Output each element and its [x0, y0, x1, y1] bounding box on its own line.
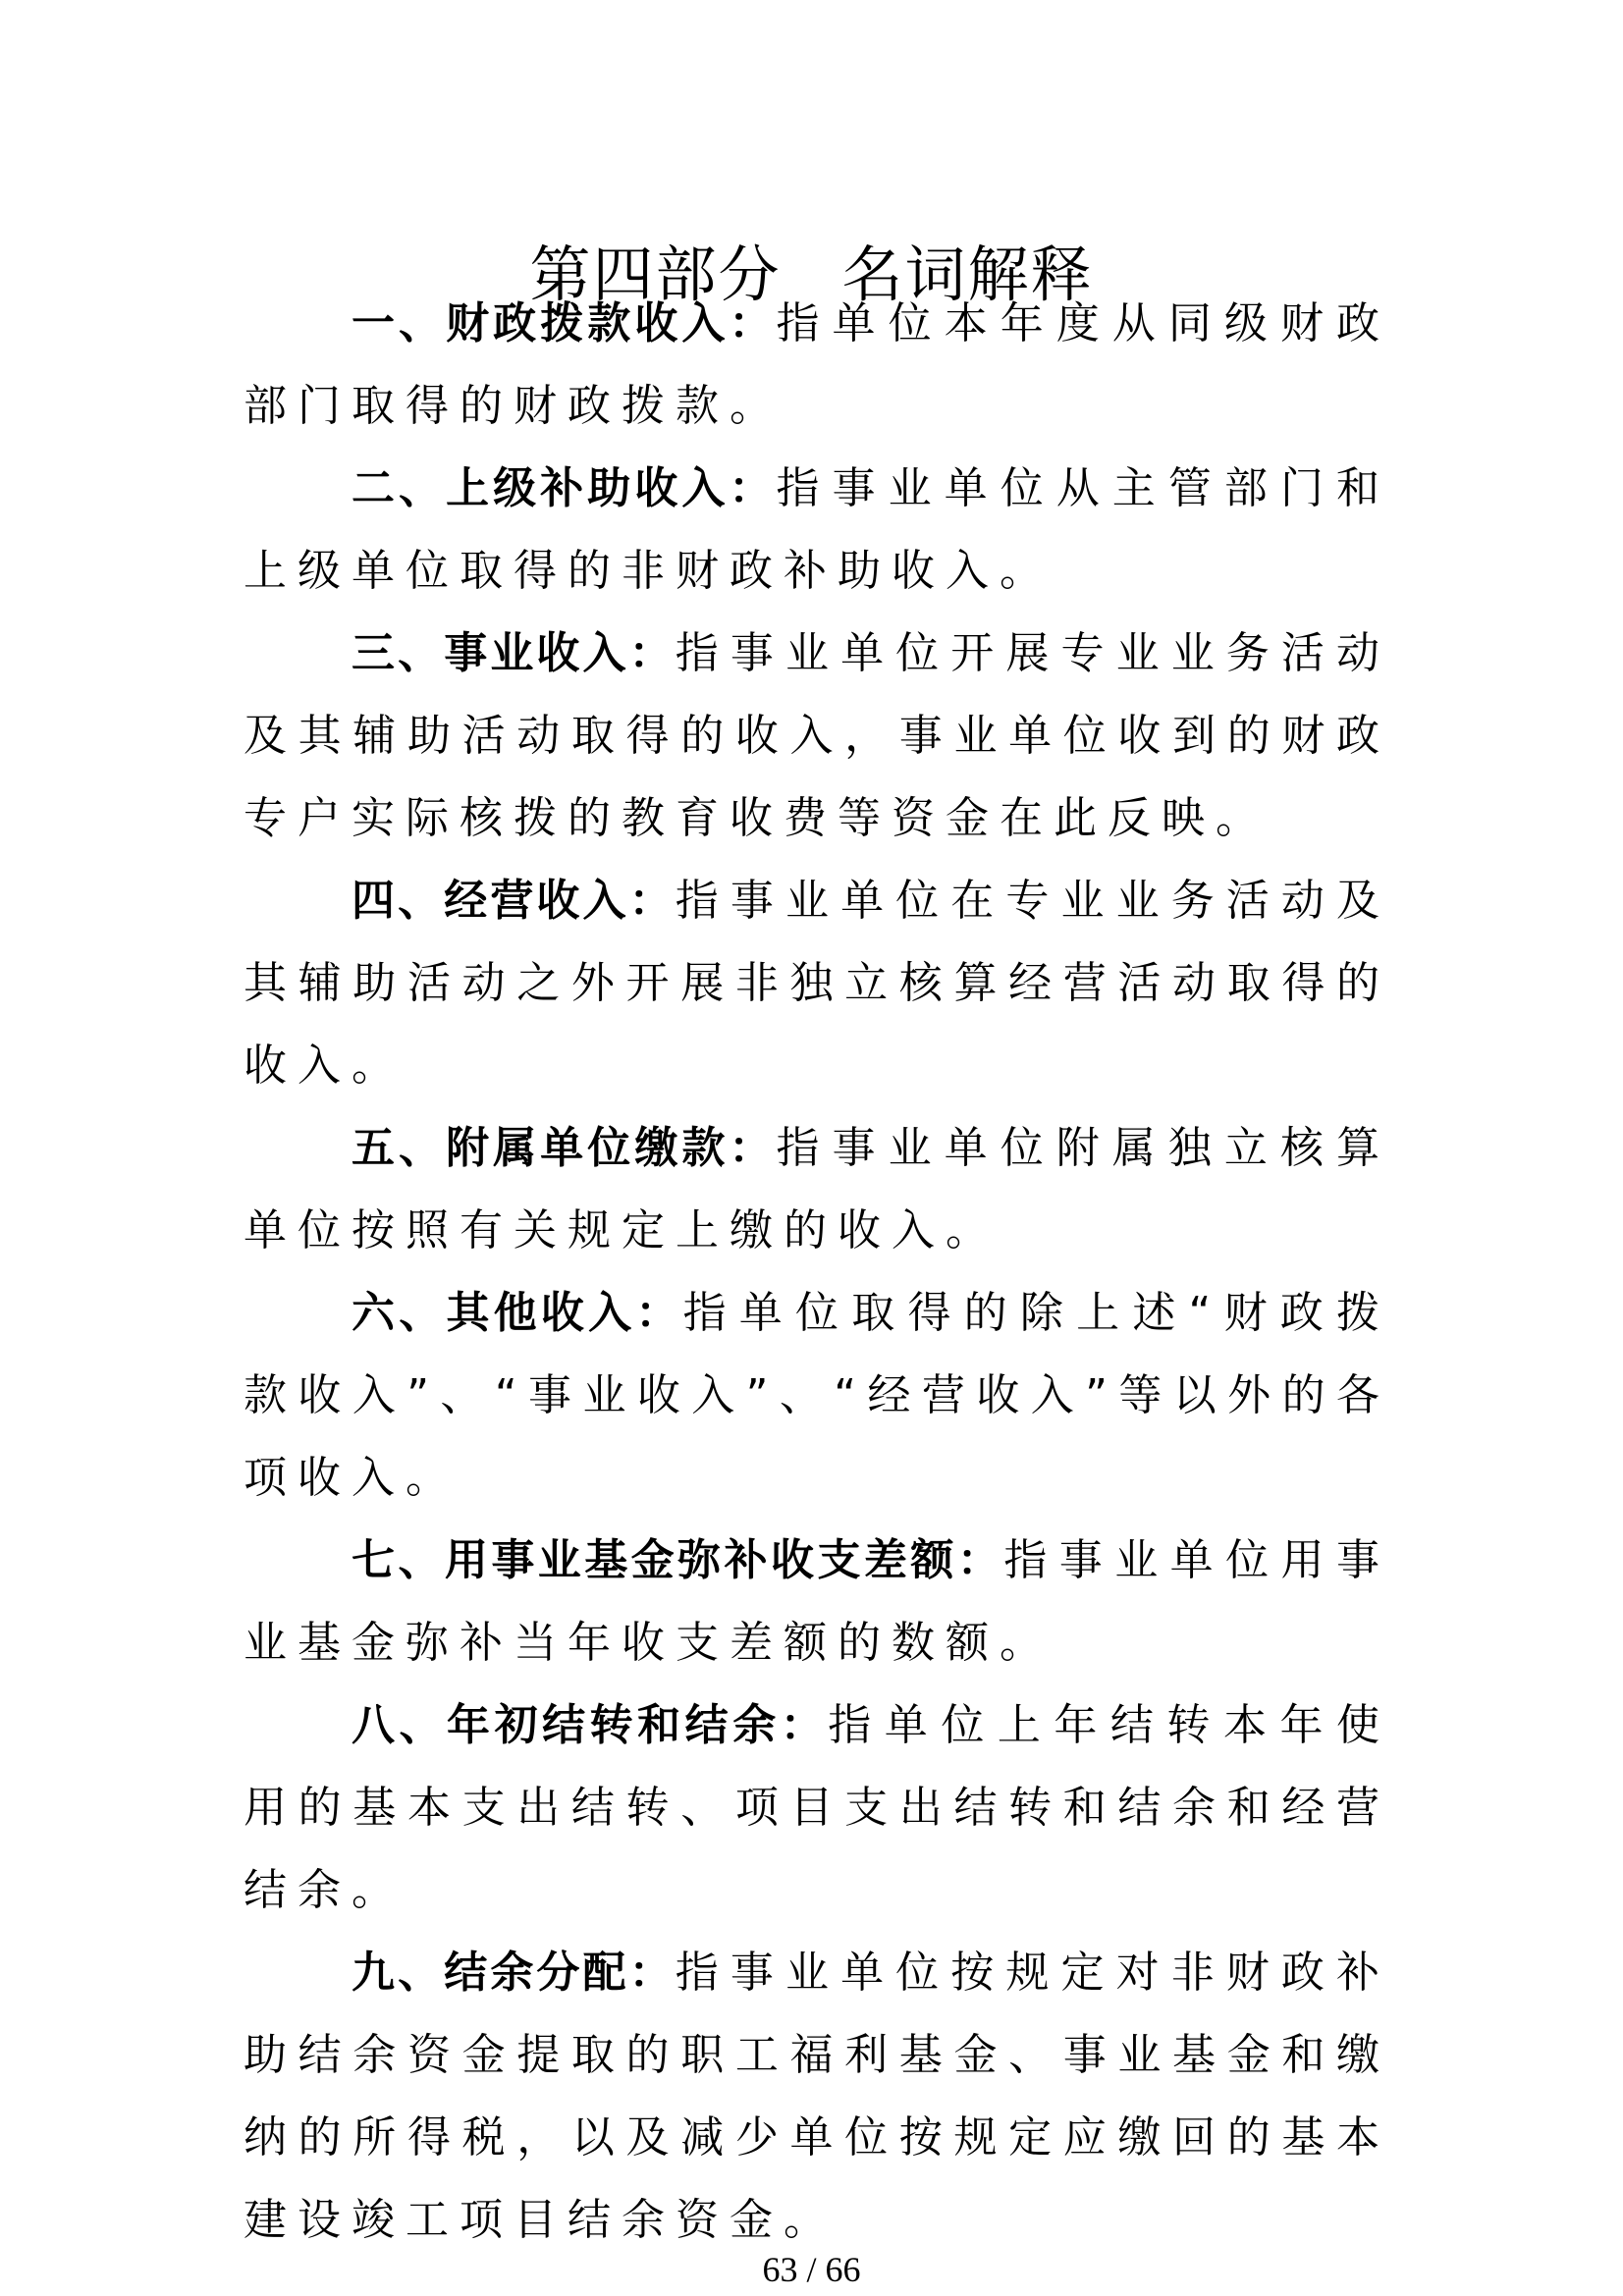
entry-term: 四、经营收入：	[352, 876, 676, 926]
glossary-entry: 一、财政拨款收入：指单位本年度从同级财政部门取得的财政拨款。	[243, 283, 1390, 448]
glossary-entry: 五、附属单位缴款：指事业单位附属独立核算单位按照有关规定上缴的收入。	[243, 1107, 1390, 1272]
entry-term: 七、用事业基金弥补收支差额：	[352, 1535, 1003, 1585]
entry-term: 二、上级补助收入：	[352, 463, 776, 513]
glossary-entry: 七、用事业基金弥补收支差额：指事业单位用事业基金弥补当年收支差额的数额。	[243, 1520, 1390, 1684]
entry-term: 八、年初结转和结余：	[352, 1700, 828, 1750]
glossary-entry: 九、结余分配：指事业单位按规定对非财政补助结余资金提取的职工福利基金、事业基金和…	[243, 1932, 1390, 2262]
glossary-entry: 八、年初结转和结余：指单位上年结转本年使用的基本支出结转、项目支出结转和结余和经…	[243, 1684, 1390, 1932]
glossary-entry: 四、经营收入：指事业单位在专业业务活动及其辅助活动之外开展非独立核算经营活动取得…	[243, 860, 1390, 1107]
glossary-entry: 六、其他收入：指单位取得的除上述“财政拨款收入”、“事业收入”、“经营收入”等以…	[243, 1272, 1390, 1520]
entry-term: 九、结余分配：	[352, 1948, 676, 1998]
glossary-body: 一、财政拨款收入：指单位本年度从同级财政部门取得的财政拨款。 二、上级补助收入：…	[243, 283, 1390, 2262]
entry-term: 一、财政拨款收入：	[352, 298, 776, 348]
entry-term: 三、事业收入：	[352, 628, 676, 678]
glossary-entry: 二、上级补助收入：指事业单位从主管部门和上级单位取得的非财政补助收入。	[243, 448, 1390, 613]
document-page: 第四部分名词解释 一、财政拨款收入：指单位本年度从同级财政部门取得的财政拨款。 …	[0, 0, 1623, 2296]
entry-term: 六、其他收入：	[352, 1288, 683, 1338]
page-number: 63 / 66	[0, 2250, 1623, 2289]
glossary-entry: 三、事业收入：指事业单位开展专业业务活动及其辅助活动取得的收入，事业单位收到的财…	[243, 613, 1390, 860]
entry-term: 五、附属单位缴款：	[352, 1123, 776, 1173]
